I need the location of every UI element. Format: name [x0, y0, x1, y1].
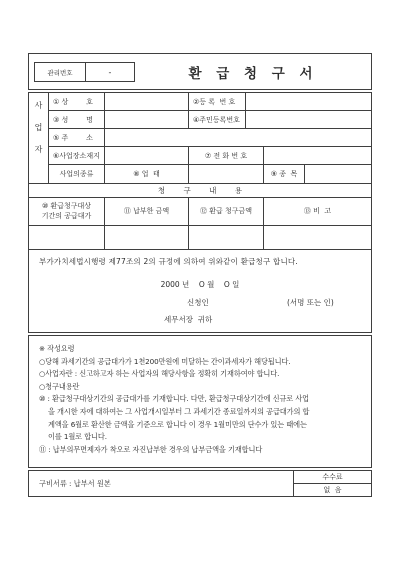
- signature-note: (서명 또는 인): [287, 297, 334, 308]
- industry-type-value: [188, 165, 263, 183]
- guide-line: ⑪ : 납부의무면제자가 착오로 자진납부한 경우의 납부금액을 기재합니다: [39, 444, 365, 457]
- fee-label: 수수료: [294, 471, 371, 484]
- recipient-line: 세무서장 귀하: [164, 314, 212, 325]
- main-form-section: 사 업 자 ① 상 호 ②등 록 번 호 ③ 성 명 ④주민등록번호: [28, 92, 372, 333]
- refund-claim-form-page: 관리번호 - 환 급 청 구 서 사 업 자 ① 상 호 ②등 록 번 호: [0, 0, 400, 566]
- footer-section: 구비서류 : 납부서 원본 수수료 없 음: [28, 470, 372, 497]
- guide-line: ○청구내용란: [39, 381, 365, 394]
- claim-col-remarks: ⑬ 비 고: [263, 198, 371, 225]
- claim-supply-price-value: [29, 226, 104, 249]
- table-row: ⑥사업장소재지 ⑦ 전 화 번 호: [49, 147, 371, 165]
- applicant-label: 신청인: [187, 297, 209, 308]
- phone-number-label: ⑦ 전 화 번 호: [188, 147, 263, 164]
- management-number-value: -: [86, 63, 134, 81]
- filling-guide-section: ※ 작성요령 ○당해 과세기간의 공급대가가 1천200만원에 미달하는 간이과…: [28, 335, 372, 468]
- declaration-date: 2000 년 O 월 O 일: [29, 279, 371, 290]
- guide-line: ⑩ : 환급청구대상기간의 공급대가를 기재합니다. 다만, 환급청구대상기간에…: [39, 393, 365, 406]
- registration-number-label: ②등 록 번 호: [188, 93, 245, 110]
- declaration-text: 부가가치세법시행령 제77조의 2의 규정에 의하여 위와같이 환급청구 합니다…: [39, 256, 298, 267]
- claim-col-supply-price: ⑩ 환급청구대상 기간의 공급대가: [29, 198, 104, 225]
- claim-paid-amount-value: [104, 226, 188, 249]
- claim-col-paid-amount: ⑪ 납부한 금액: [104, 198, 188, 225]
- guide-line: 을 개시한 자에 대하여는 그 사업개시일부터 그 과세기간 종료일까지의 공급…: [39, 406, 365, 419]
- phone-number-value: [263, 147, 371, 164]
- guide-line: 계액을 6월로 환산한 금액을 기준으로 합니다 이 경우 1월미만의 단수가 …: [39, 419, 365, 432]
- business-place-label: ⑥사업장소재지: [49, 147, 104, 164]
- table-row: ① 상 호 ②등 록 번 호: [49, 93, 371, 111]
- claim-column-headers: ⑩ 환급청구대상 기간의 공급대가 ⑪ 납부한 금액 ⑫ 환급 청구금액 ⑬ 비…: [29, 197, 371, 225]
- guide-line: ○사업자란 : 신고하고자 하는 사업자의 해당사항을 정확히 기재하여야 합니…: [39, 368, 365, 381]
- management-number-box: 관리번호 -: [34, 62, 135, 82]
- fee-box: 수수료 없 음: [293, 471, 371, 496]
- declaration-section: 부가가치세법시행령 제77조의 2의 규정에 의하여 위와같이 환급청구 합니다…: [29, 249, 371, 332]
- side-char: 자: [35, 144, 43, 155]
- owner-name-value: [104, 111, 188, 128]
- address-label: ⑤ 주 소: [49, 129, 104, 146]
- business-place-value: [104, 147, 188, 164]
- page-title: 환 급 청 구 서: [139, 54, 367, 89]
- guide-line: 이를 1월로 합니다.: [39, 431, 365, 444]
- claim-data-row: [29, 225, 371, 249]
- required-documents-label: 구비서류 : 납부서 원본: [29, 471, 293, 496]
- guide-line: ※ 작성요령: [39, 343, 365, 356]
- resident-number-label: ④주민등록번호: [188, 111, 245, 128]
- fee-value: 없 음: [294, 484, 371, 496]
- owner-name-label: ③ 성 명: [49, 111, 104, 128]
- side-char: 사: [35, 100, 43, 111]
- industry-type-label: ⑧ 업 태: [104, 165, 188, 183]
- registration-number-value: [245, 93, 371, 110]
- table-row: ⑤ 주 소: [49, 129, 371, 147]
- trade-name-label: ① 상 호: [49, 93, 104, 110]
- side-char: 업: [35, 122, 43, 133]
- business-kind-label: 사업의종류: [49, 165, 104, 183]
- resident-number-value: [245, 111, 371, 128]
- trade-name-value: [104, 93, 188, 110]
- table-row: 사업의종류 ⑧ 업 태 ⑨ 종 목: [49, 165, 371, 183]
- table-row: ③ 성 명 ④주민등록번호: [49, 111, 371, 129]
- item-value: [304, 165, 371, 183]
- guide-line: ○당해 과세기간의 공급대가가 1천200만원에 미달하는 간이과세자가 해당됩…: [39, 356, 365, 369]
- management-number-label: 관리번호: [35, 63, 86, 81]
- item-label: ⑨ 종 목: [263, 165, 304, 183]
- claim-section-title: 청 구 내 용: [29, 183, 371, 197]
- address-value: [104, 129, 371, 146]
- business-side-label: 사 업 자: [29, 93, 49, 183]
- business-info-table: 사 업 자 ① 상 호 ②등 록 번 호 ③ 성 명 ④주민등록번호: [29, 93, 371, 183]
- title-section: 관리번호 - 환 급 청 구 서: [28, 53, 372, 90]
- claim-refund-amount-value: [188, 226, 263, 249]
- claim-remarks-value: [263, 226, 371, 249]
- claim-col-refund-amount: ⑫ 환급 청구금액: [188, 198, 263, 225]
